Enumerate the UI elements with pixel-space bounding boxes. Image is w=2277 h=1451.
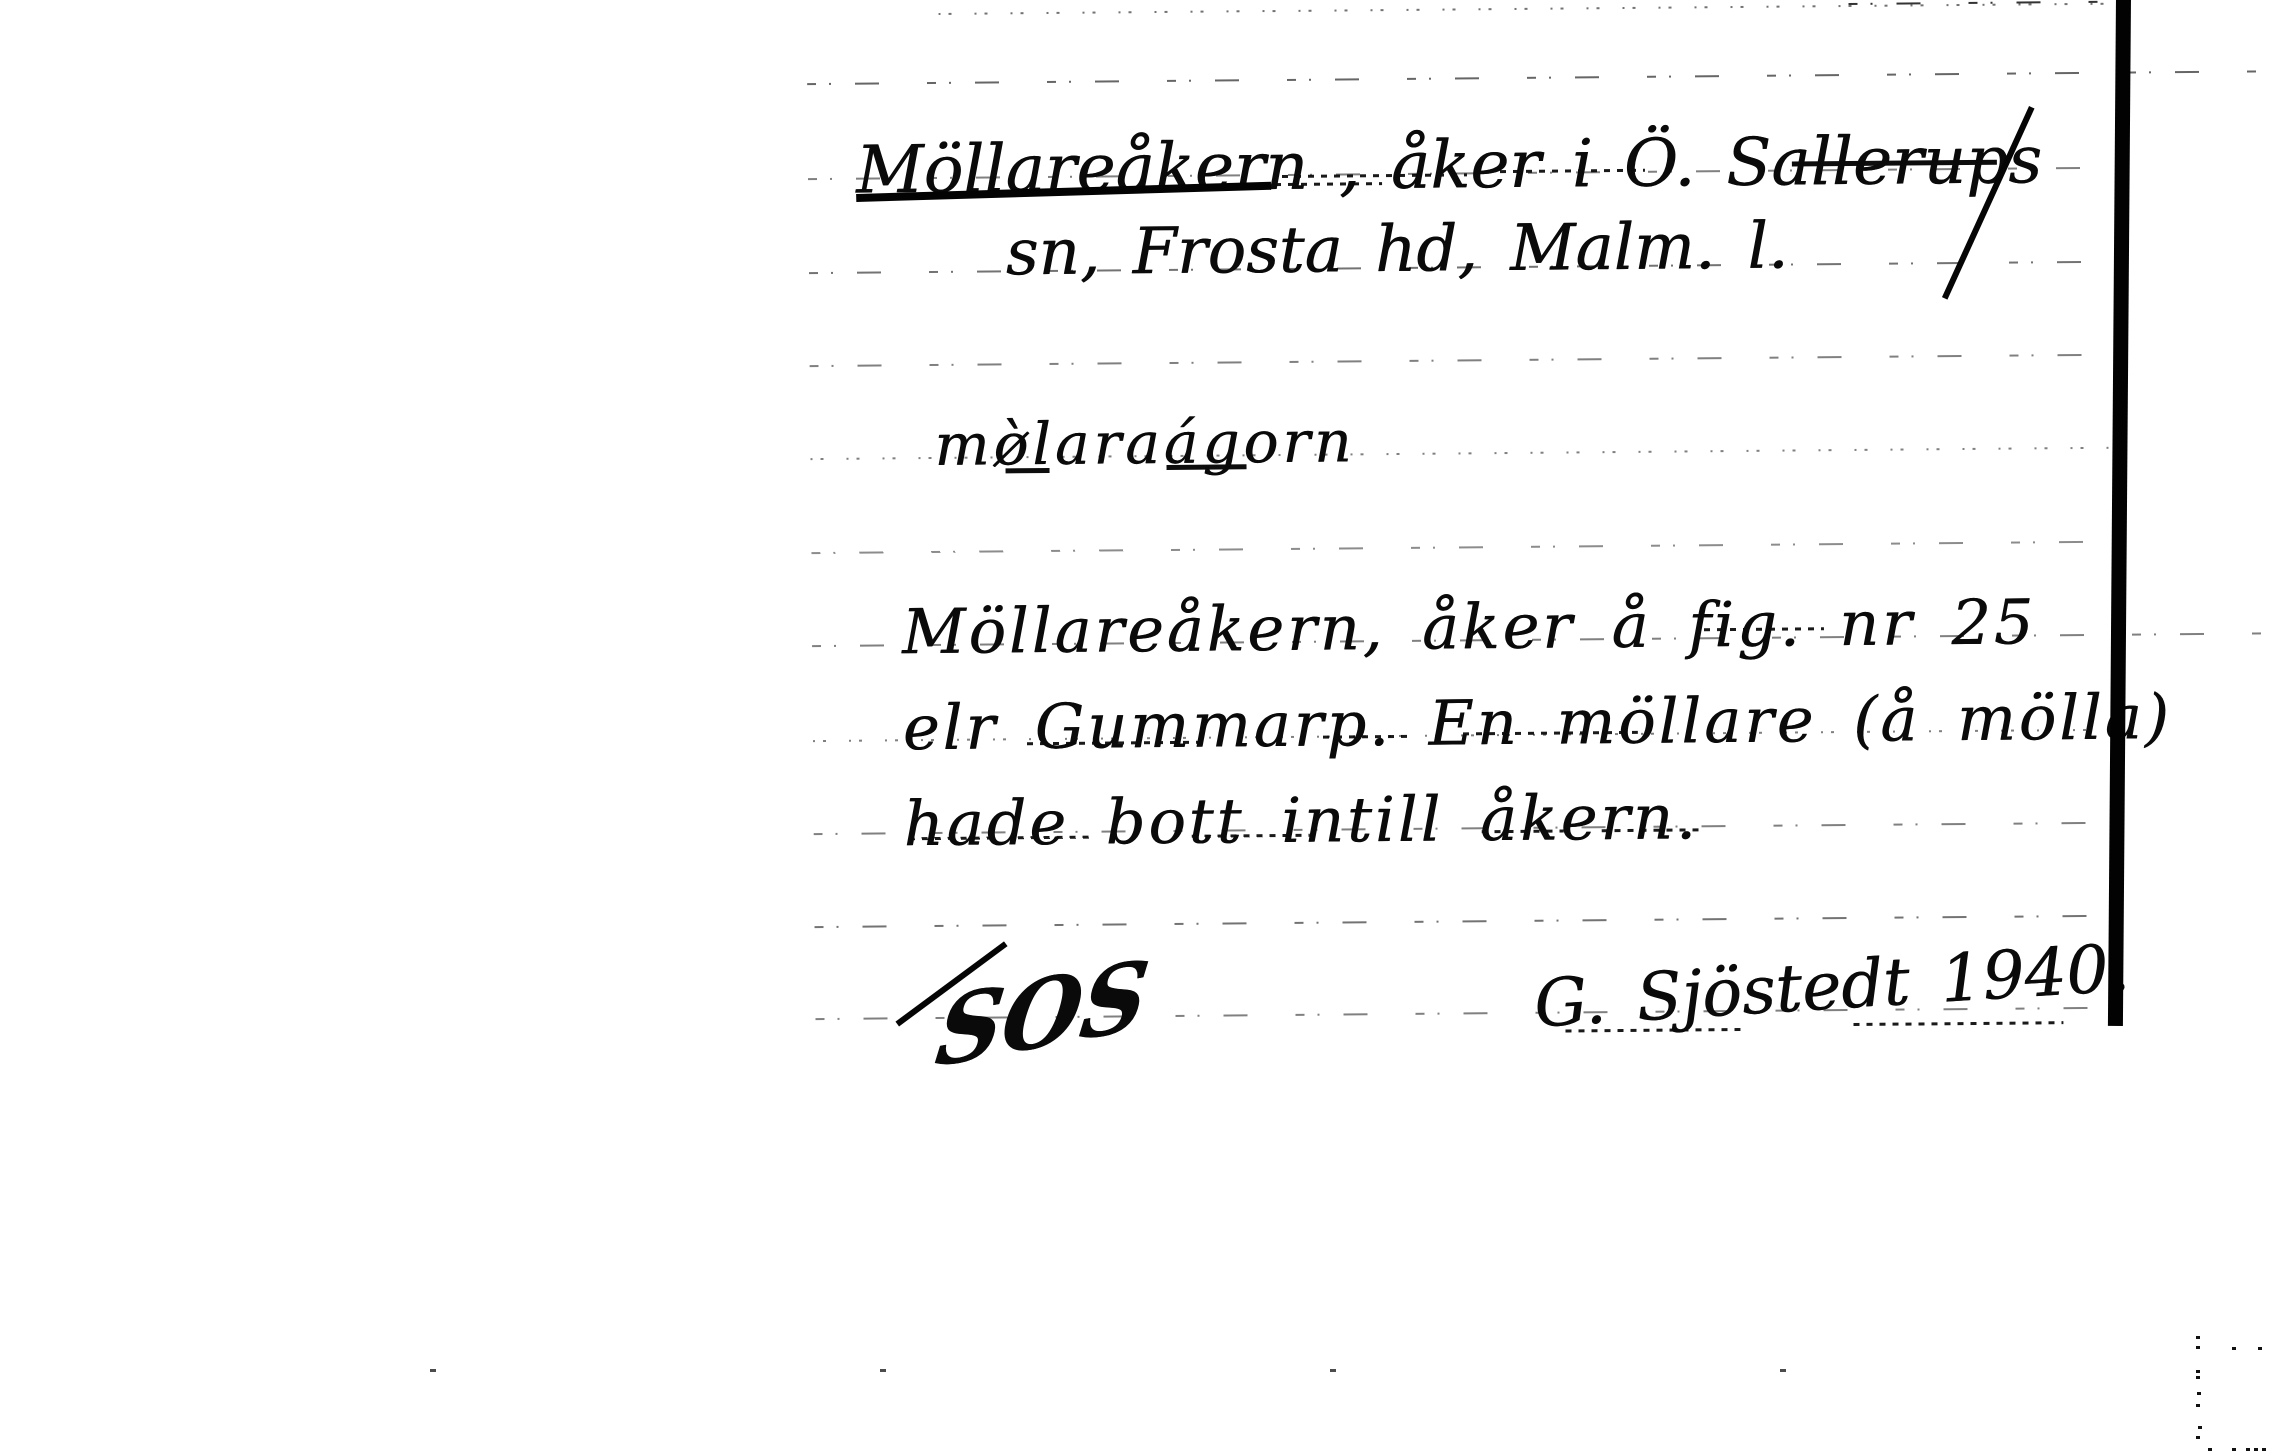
scanned-card: Möllareåkern , åker i Ö. Sallerups sn, F… — [0, 0, 2277, 1451]
phonetic-transcription: mø̀laraágorn — [934, 407, 1356, 479]
scan-dot — [2258, 1347, 2262, 1350]
scan-dot — [2196, 1370, 2200, 1373]
hand-underline — [1853, 1021, 2063, 1026]
heading-rest: , åker i Ö. Sallerups — [1308, 121, 2043, 204]
scan-dot — [2196, 1336, 2200, 1339]
scan-dot — [2232, 1347, 2236, 1350]
ruled-line — [810, 354, 2117, 367]
scan-dot — [2196, 1376, 2200, 1379]
recorder-signature: G. Sjöstedt 1940. — [1532, 929, 2131, 1042]
scan-dot — [2197, 1392, 2201, 1395]
ruled-lines — [0, 0, 2275, 7]
scan-dot — [2196, 1404, 2200, 1407]
note-line-2: elr Gummarp. En möllare (å mölla) — [902, 680, 2172, 764]
ruled-line — [939, 3, 2109, 15]
ruled-line — [815, 915, 2122, 928]
note-line-3: hade bott intill åkern. — [903, 780, 1699, 860]
scan-dots-row — [430, 1369, 1840, 1372]
card-content: Möllareåkern , åker i Ö. Sallerups sn, F… — [0, 0, 2277, 1451]
scan-dot — [2196, 1346, 2200, 1349]
scan-dot — [2198, 1426, 2202, 1429]
note-line-1: Möllareåkern, åker å fig. nr 25 — [902, 585, 2037, 668]
ruled-line — [807, 70, 2267, 85]
excerptor-mark: SOS — [930, 938, 1154, 1089]
ruled-line — [811, 541, 2118, 554]
scan-dot — [2196, 1436, 2200, 1439]
parish-line: sn, Frosta hd, Malm. l. — [1005, 210, 1788, 291]
